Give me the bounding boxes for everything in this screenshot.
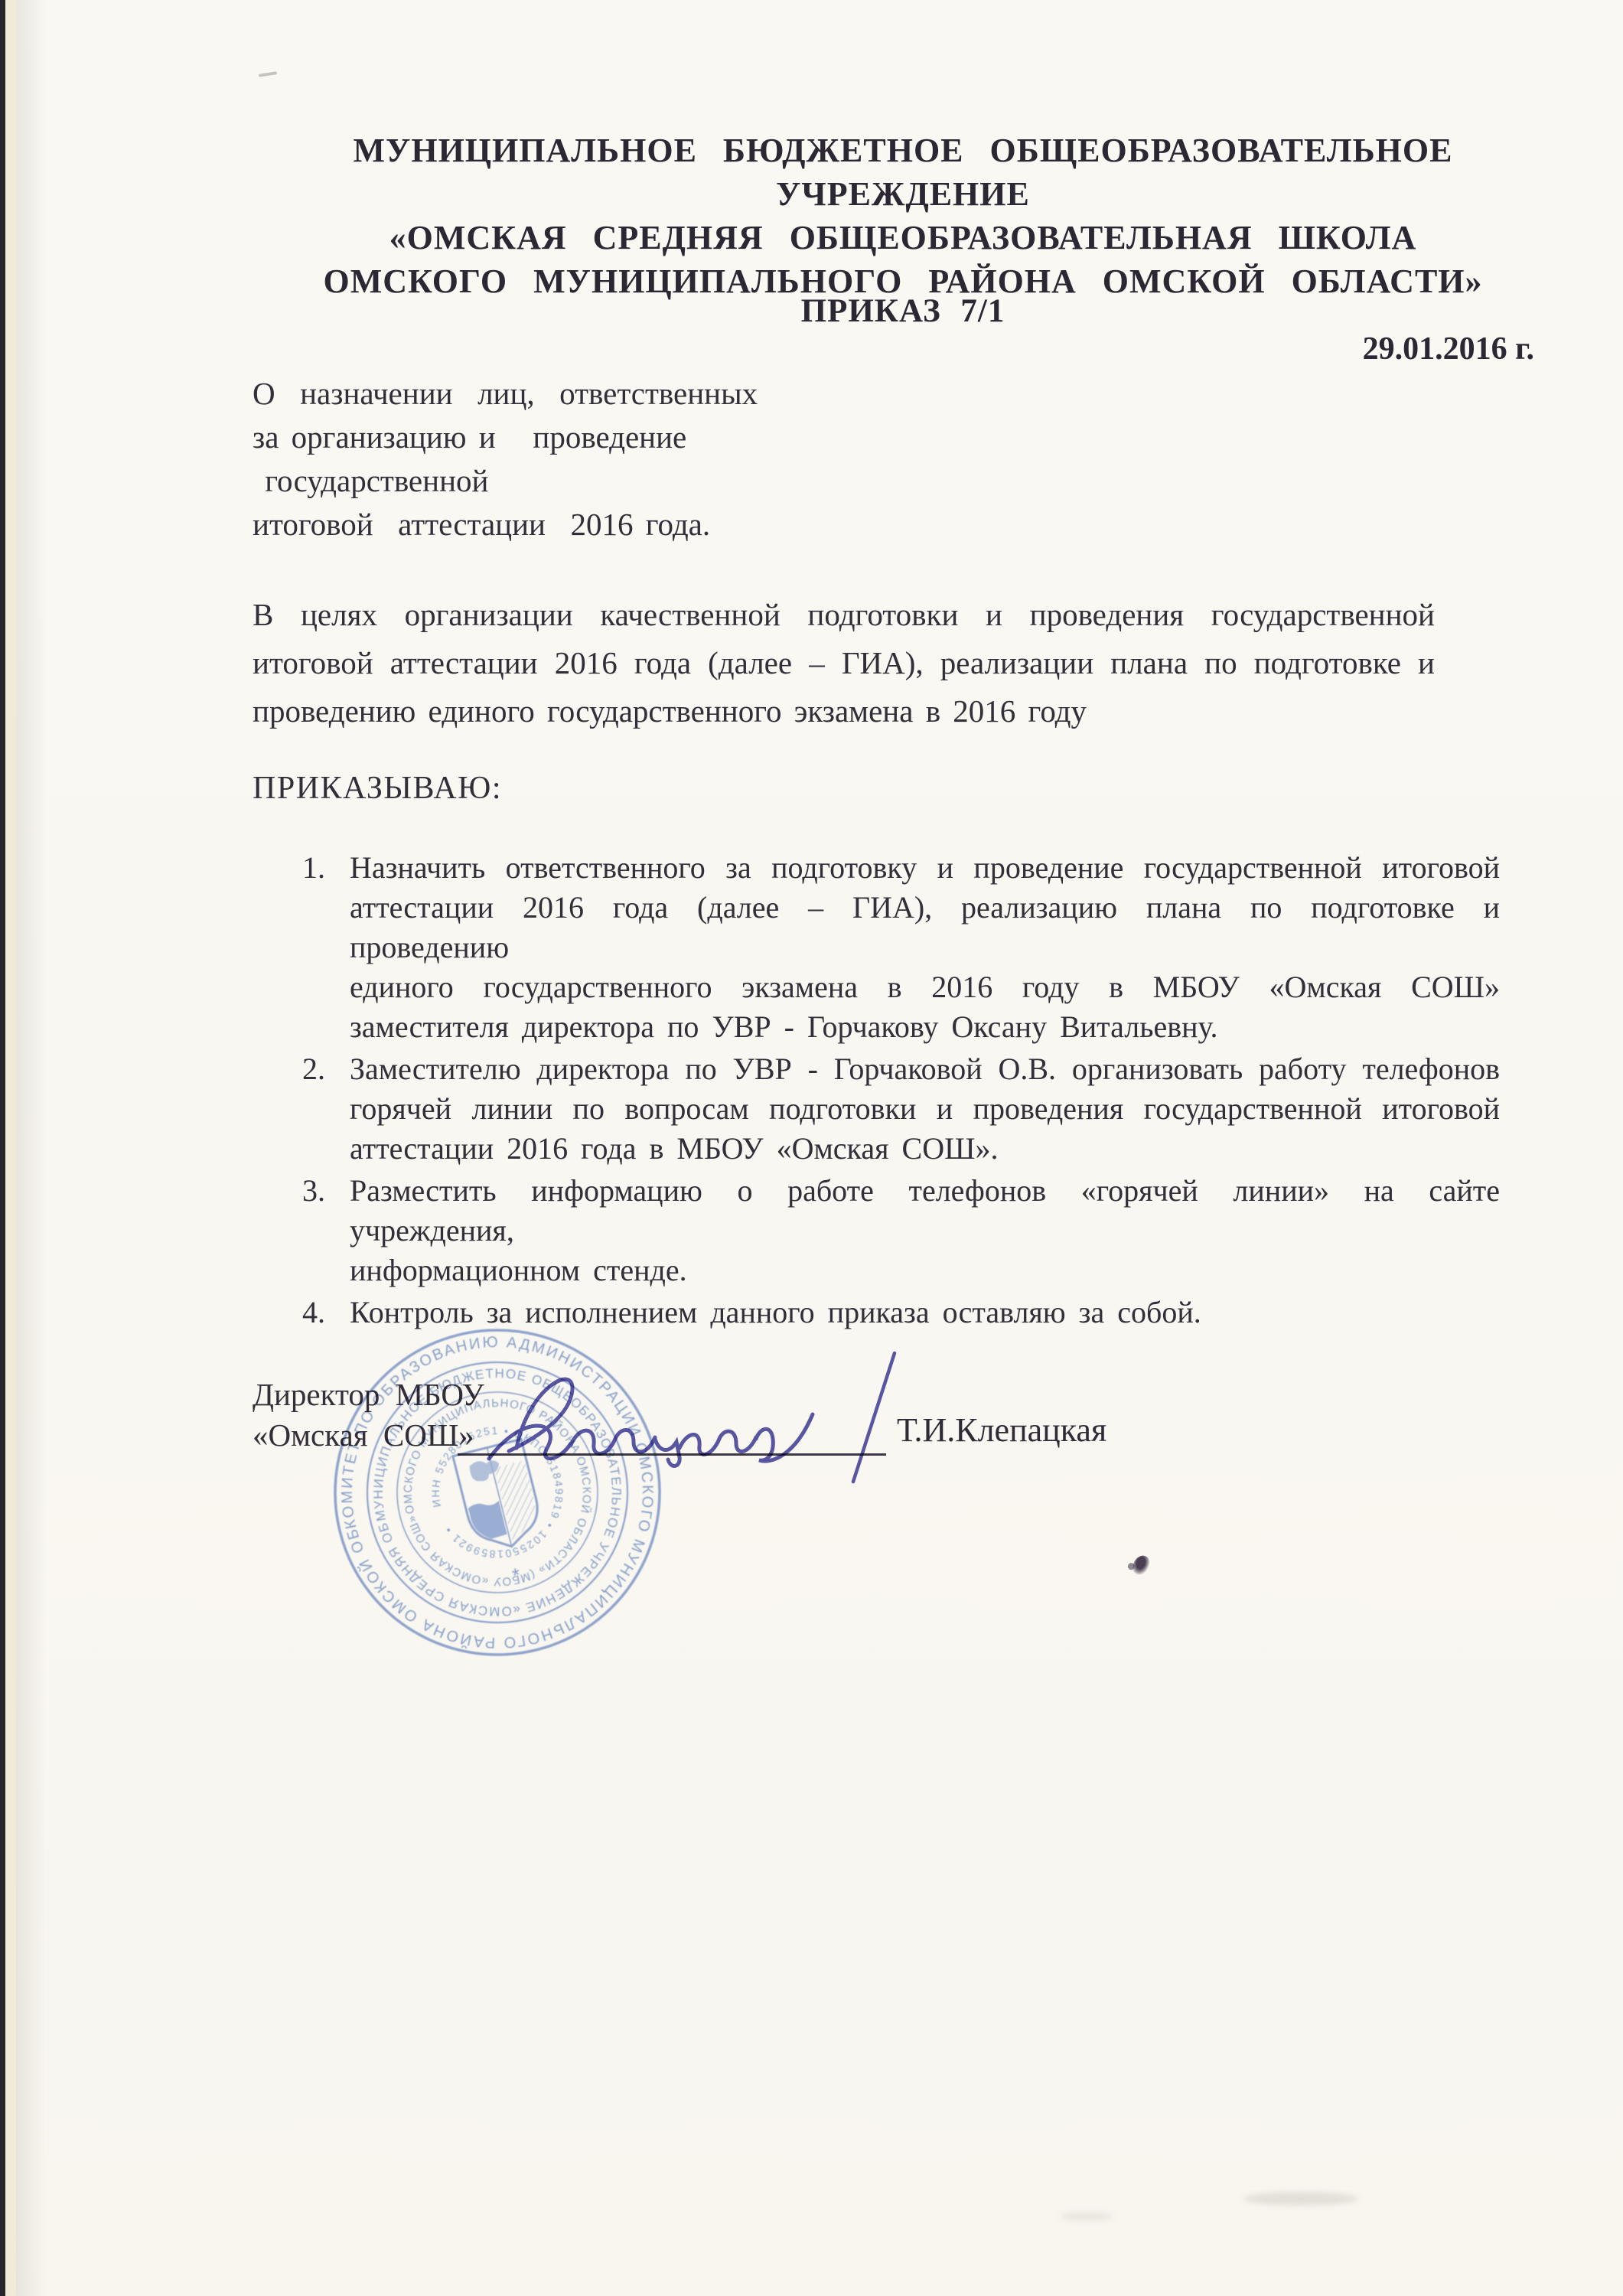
scan-edge-paper-strip (5, 0, 16, 2296)
letterhead-line-1: МУНИЦИПАЛЬНОЕ БЮДЖЕТНОЕ ОБЩЕОБРАЗОВАТЕЛЬ… (253, 129, 1553, 216)
text-line: В целях организации качественной подгото… (253, 591, 1435, 639)
list-item: 1. Назначить ответственного за подготовк… (302, 848, 1500, 1047)
scan-dash-artifact (259, 71, 277, 77)
signature-slash (853, 1353, 895, 1482)
resolution-keyword: ПРИКАЗЫВАЮ: (253, 770, 502, 807)
scan-edge-shadow (16, 0, 47, 2296)
scan-edge-dark-band (0, 0, 5, 2296)
signature-name: Т.И.Клепацкая (897, 1411, 1106, 1450)
order-title: ПРИКАЗ 7/1 (253, 292, 1553, 330)
text-line: итоговой аттестации 2016 года (далее – Г… (253, 639, 1435, 687)
order-date: 29.01.2016 г. (253, 331, 1534, 367)
ink-speck-artifact (1130, 1554, 1151, 1577)
scanned-order-document: МУНИЦИПАЛЬНОЕ БЮДЖЕТНОЕ ОБЩЕОБРАЗОВАТЕЛЬ… (0, 0, 1623, 2296)
order-preamble: В целях организации качественной подгото… (253, 591, 1435, 735)
text-line: горячей линии по вопросам подготовки и п… (350, 1089, 1500, 1129)
text-line: Разместить информацию о работе телефонов… (350, 1171, 1500, 1251)
text-line: Назначить ответственного за подготовку и… (350, 848, 1500, 888)
text-line: аттестации 2016 года (далее – ГИА), реал… (350, 888, 1500, 967)
text-line: аттестации 2016 года в МБОУ «Омская СОШ»… (350, 1129, 1500, 1169)
text-line: государственной (253, 459, 941, 503)
text-line: итоговой аттестации 2016 года. (253, 503, 941, 546)
text-line: Заместителю директора по УВР - Горчаково… (350, 1049, 1500, 1089)
order-subject: О назначении лиц, ответственныхза органи… (253, 372, 941, 546)
list-item: 3. Разместить информацию о работе телефо… (302, 1171, 1500, 1290)
text-line: за организацию и проведение (253, 416, 941, 459)
letterhead-line-2: «ОМСКАЯ СРЕДНЯЯ ОБЩЕОБРАЗОВАТЕЛЬНАЯ ШКОЛ… (253, 216, 1553, 259)
item-number: 3. (302, 1171, 350, 1290)
scan-smudge (1060, 2212, 1113, 2221)
item-number: 1. (302, 848, 350, 1047)
text-line: проведению единого государственного экза… (253, 687, 1435, 735)
list-item: 2. Заместителю директора по УВР - Горчак… (302, 1049, 1500, 1169)
text-line: единого государственного экзамена в 2016… (350, 967, 1500, 1007)
item-number: 4. (302, 1293, 350, 1332)
text-line: информационном стенде. (350, 1251, 1500, 1290)
item-text: Разместить информацию о работе телефонов… (350, 1171, 1500, 1290)
text-line: О назначении лиц, ответственных (253, 372, 941, 416)
handwritten-signature (425, 1341, 907, 1486)
text-line: заместителя директора по УВР - Горчакову… (350, 1007, 1500, 1047)
item-text: Заместителю директора по УВР - Горчаково… (350, 1049, 1500, 1169)
item-number: 2. (302, 1049, 350, 1169)
item-text: Назначить ответственного за подготовку и… (350, 848, 1500, 1047)
letterhead: МУНИЦИПАЛЬНОЕ БЮДЖЕТНОЕ ОБЩЕОБРАЗОВАТЕЛЬ… (253, 129, 1553, 303)
order-items-list: 1. Назначить ответственного за подготовк… (302, 848, 1500, 1335)
scan-smudge (1243, 2192, 1358, 2206)
